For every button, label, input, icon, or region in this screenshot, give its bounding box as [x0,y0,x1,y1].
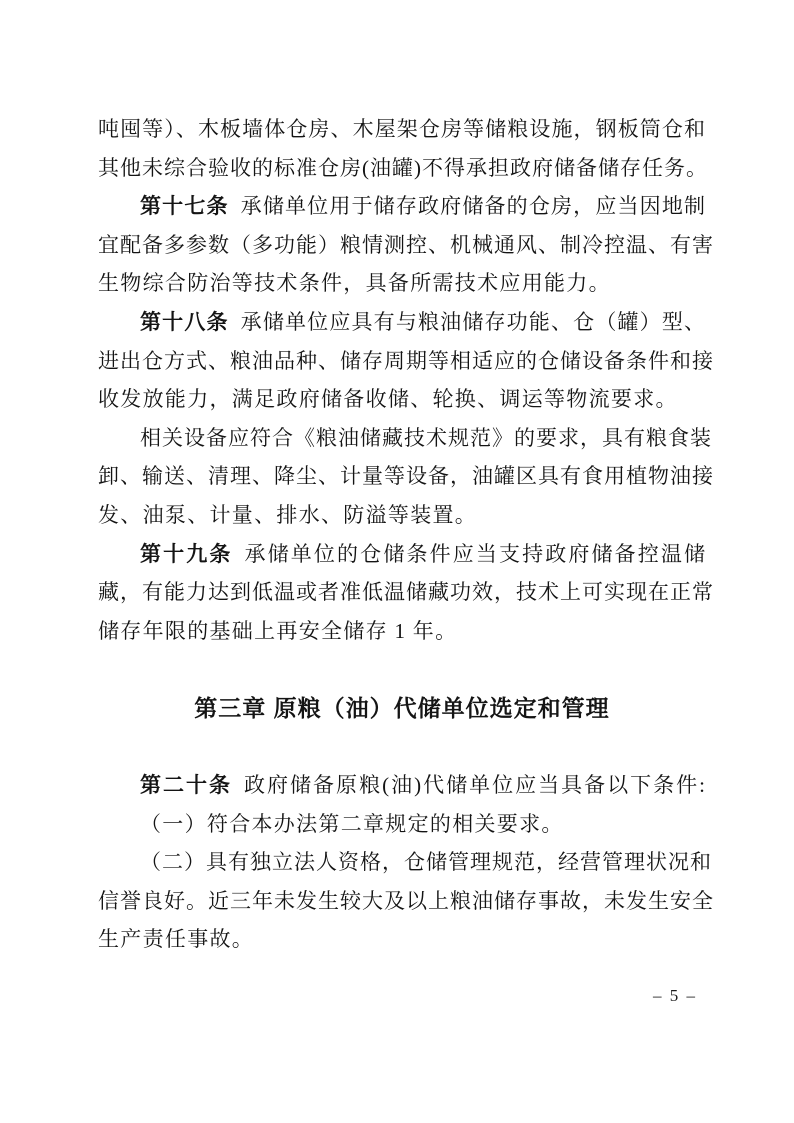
document-page: 吨囤等）、木板墙体仓房、木屋架仓房等储粮设施，钢板筒仓和 其他未综合验收的标准仓… [0,0,794,1123]
page-number: – 5 – [638,986,712,1006]
chapter-heading: 第三章 原粮（油）代储单位选定和管理 [98,689,706,728]
body-line: 相关设备应符合《粮油储藏技术规范》的要求，具有粮食装 [98,419,706,458]
article-text: 承储单位用于储存政府储备的仓房，应当因地制 [241,194,706,218]
body-line: 第二十条政府储备原粮(油)代储单位应当具备以下条件: [98,766,706,805]
body-line: 藏，有能力达到低温或者准低温储藏功效，技术上可实现在正常 [98,573,706,612]
body-line: 第十九条承储单位的仓储条件应当支持政府储备控温储 [98,535,706,574]
body-line: 生物综合防治等技术条件，具备所需技术应用能力。 [98,264,706,303]
text-block: 吨囤等）、木板墙体仓房、木屋架仓房等储粮设施，钢板筒仓和 其他未综合验收的标准仓… [98,110,706,959]
body-line: 进出仓方式、粮油品种、储存周期等相适应的仓储设备条件和接 [98,342,706,381]
article-text: 承储单位的仓储条件应当支持政府储备控温储 [245,542,706,566]
body-line: 发、油泵、计量、排水、防溢等装置。 [98,496,706,535]
body-line: 吨囤等）、木板墙体仓房、木屋架仓房等储粮设施，钢板筒仓和 [98,110,706,149]
article-text: 承储单位应具有与粮油储存功能、仓（罐）型、 [241,310,706,334]
article-number: 第十九条 [140,542,233,566]
article-number: 第十七条 [140,194,229,218]
body-line: 收发放能力，满足政府储备收储、轮换、调运等物流要求。 [98,380,706,419]
article-text: 政府储备原粮(油)代储单位应当具备以下条件: [244,773,706,797]
body-line: 第十七条承储单位用于储存政府储备的仓房，应当因地制 [98,187,706,226]
body-line: 储存年限的基础上再安全储存 1 年。 [98,612,706,651]
body-line: （一）符合本办法第二章规定的相关要求。 [98,805,706,844]
body-line: 信誉良好。近三年未发生较大及以上粮油储存事故，未发生安全 [98,882,706,921]
body-line: 宜配备多参数（多功能）粮情测控、机械通风、制冷控温、有害 [98,226,706,265]
body-line: 卸、输送、清理、降尘、计量等设备，油罐区具有食用植物油接 [98,457,706,496]
body-line: 其他未综合验收的标准仓房(油罐)不得承担政府储备储存任务。 [98,149,706,188]
body-line: （二）具有独立法人资格，仓储管理规范，经营管理状况和 [98,843,706,882]
article-number: 第十八条 [140,310,229,334]
body-line: 第十八条承储单位应具有与粮油储存功能、仓（罐）型、 [98,303,706,342]
body-line: 生产责任事故。 [98,920,706,959]
article-number: 第二十条 [140,773,232,797]
